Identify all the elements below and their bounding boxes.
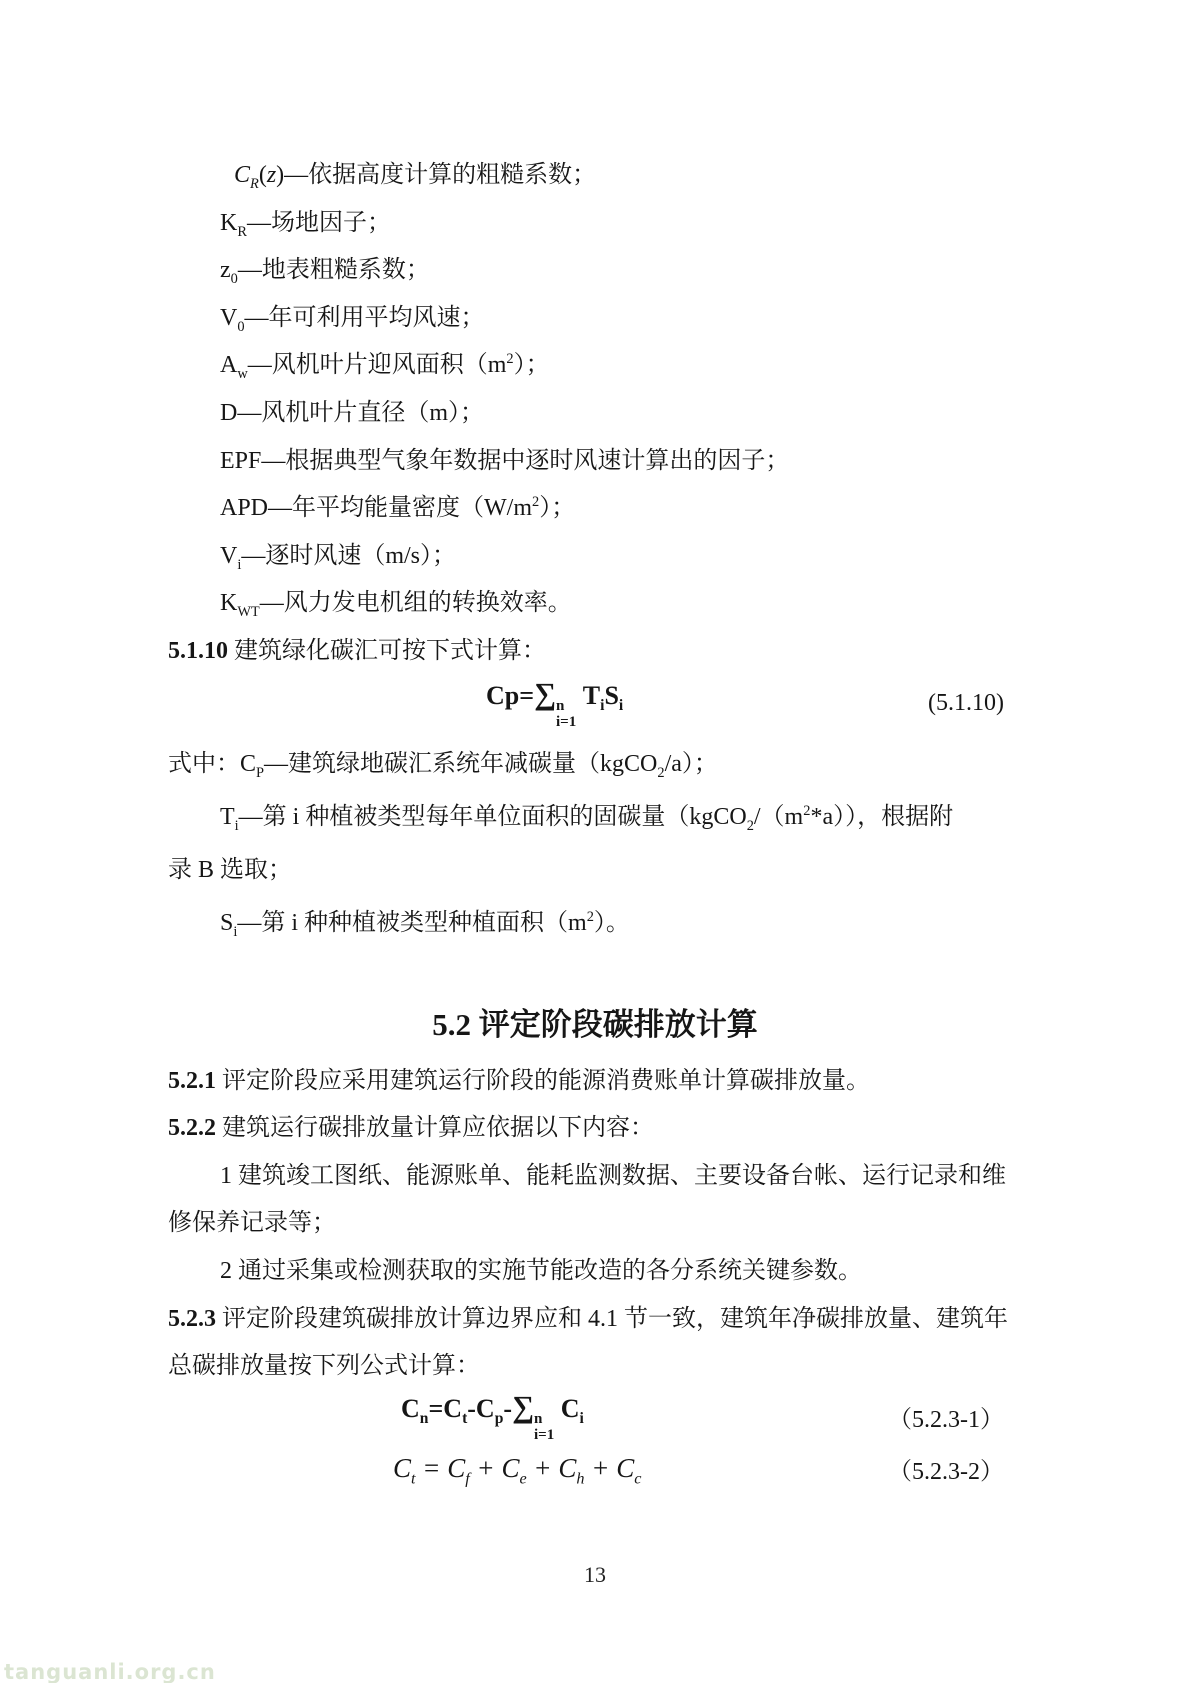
clause-5-1-10-text: 建筑绿化碳汇可按下式计算： [234,638,546,664]
definition-line-cr: CR(z)—依据高度计算的粗糙系数； [168,152,1022,200]
list-item-2: 2 通过采集或检测获取的实施节能改造的各分系统关键参数。 [168,1248,1022,1296]
explanation-line-si: Si—第 i 种种植被类型种植面积（m2）。 [168,897,1022,950]
definition-line-d: D—风机叶片直径（m）； [168,390,1022,438]
definition-line-z0: z0—地表粗糙系数； [168,247,1022,295]
explanation-line-cp: 式中：CP—建筑绿地碳汇系统年减碳量（kgCO2/a）； [168,738,1022,791]
formula-label-5-2-3-2: （5.2.3-2） [888,1451,1004,1486]
formula-row-5-2-3-1: Cn=Ct-Cp-∑ni=1 Ci （5.2.3-1） [168,1391,1022,1443]
definition-line-v0: V0—年可利用平均风速； [168,295,1022,343]
clause-5-2-2-number: 5.2.2 [168,1115,216,1141]
document-page: CR(z)—依据高度计算的粗糙系数； KR—场地因子； z0—地表粗糙系数； V… [0,0,1190,1683]
clause-5-1-10-number: 5.1.10 [168,638,228,664]
list-item-1-line-2: 修保养记录等； [168,1200,1022,1248]
watermark: tanguanli.org.cn [4,1660,216,1683]
formula-explanation-block: 式中：CP—建筑绿地碳汇系统年减碳量（kgCO2/a）； Ti—第 i 种植被类… [168,738,1022,950]
definition-line-epf: EPF—根据典型气象年数据中逐时风速计算出的因子； [168,438,1022,486]
clause-5-1-10: 5.1.10 建筑绿化碳汇可按下式计算： [168,628,1022,676]
clause-5-2-3-line-1: 5.2.3 评定阶段建筑碳排放计算边界应和 4.1 节一致，建筑年净碳排放量、建… [168,1296,1022,1344]
definition-line-aw: Aw—风机叶片迎风面积（m2）； [168,342,1022,390]
formula-row-5-2-3-2: Ct = Cf + Ce + Ch + Cc （5.2.3-2） [168,1443,1022,1495]
formula-5-1-10: Cp=∑ni=1 TiSi [486,677,623,731]
definition-line-kwt: KWT—风力发电机组的转换效率。 [168,580,1022,628]
definition-line-apd: APD—年平均能量密度（W/m2）； [168,485,1022,533]
clause-5-2-3-line-2: 总碳排放量按下列公式计算： [168,1343,1022,1391]
clause-5-2-2-text: 建筑运行碳排放量计算应依据以下内容： [222,1115,654,1141]
clause-5-2-1-text: 评定阶段应采用建筑运行阶段的能源消费账单计算碳排放量。 [222,1068,870,1094]
formula-label-5-1-10: (5.1.10) [928,690,1004,717]
formula-5-2-3-2: Ct = Cf + Ce + Ch + Cc [393,1453,641,1484]
list-item-1-line-1: 1 建筑竣工图纸、能源账单、能耗监测数据、主要设备台帐、运行记录和维 [168,1153,1022,1201]
clause-5-2-1: 5.2.1 评定阶段应采用建筑运行阶段的能源消费账单计算碳排放量。 [168,1058,1022,1106]
clause-5-2-2: 5.2.2 建筑运行碳排放量计算应依据以下内容： [168,1105,1022,1153]
formula-5-2-3-1: Cn=Ct-Cp-∑ni=1 Ci [401,1390,584,1444]
definitions-block: CR(z)—依据高度计算的粗糙系数； KR—场地因子； z0—地表粗糙系数； V… [168,0,1022,628]
clause-5-2-3-number: 5.2.3 [168,1306,216,1332]
page-number: 13 [0,1562,1190,1588]
explanation-line-ti: Ti—第 i 种植被类型每年单位面积的固碳量（kgCO2/（m2*a）），根据附 [168,791,1022,844]
formula-label-5-2-3-1: （5.2.3-1） [888,1399,1004,1434]
content-area: CR(z)—依据高度计算的粗糙系数； KR—场地因子； z0—地表粗糙系数； V… [168,0,1022,1495]
definition-line-vi: Vi—逐时风速（m/s）； [168,533,1022,581]
definition-line-kr: KR—场地因子； [168,200,1022,248]
formula-row-5-1-10: Cp=∑ni=1 TiSi (5.1.10) [168,676,1022,732]
clause-5-2-1-number: 5.2.1 [168,1068,216,1094]
section-5-2-heading: 5.2 评定阶段碳排放计算 [168,1000,1022,1050]
explanation-line-appendix-b: 录 B 选取； [168,844,1022,897]
clause-5-2-3-text-line-1: 评定阶段建筑碳排放计算边界应和 4.1 节一致，建筑年净碳排放量、建筑年 [222,1306,1008,1332]
